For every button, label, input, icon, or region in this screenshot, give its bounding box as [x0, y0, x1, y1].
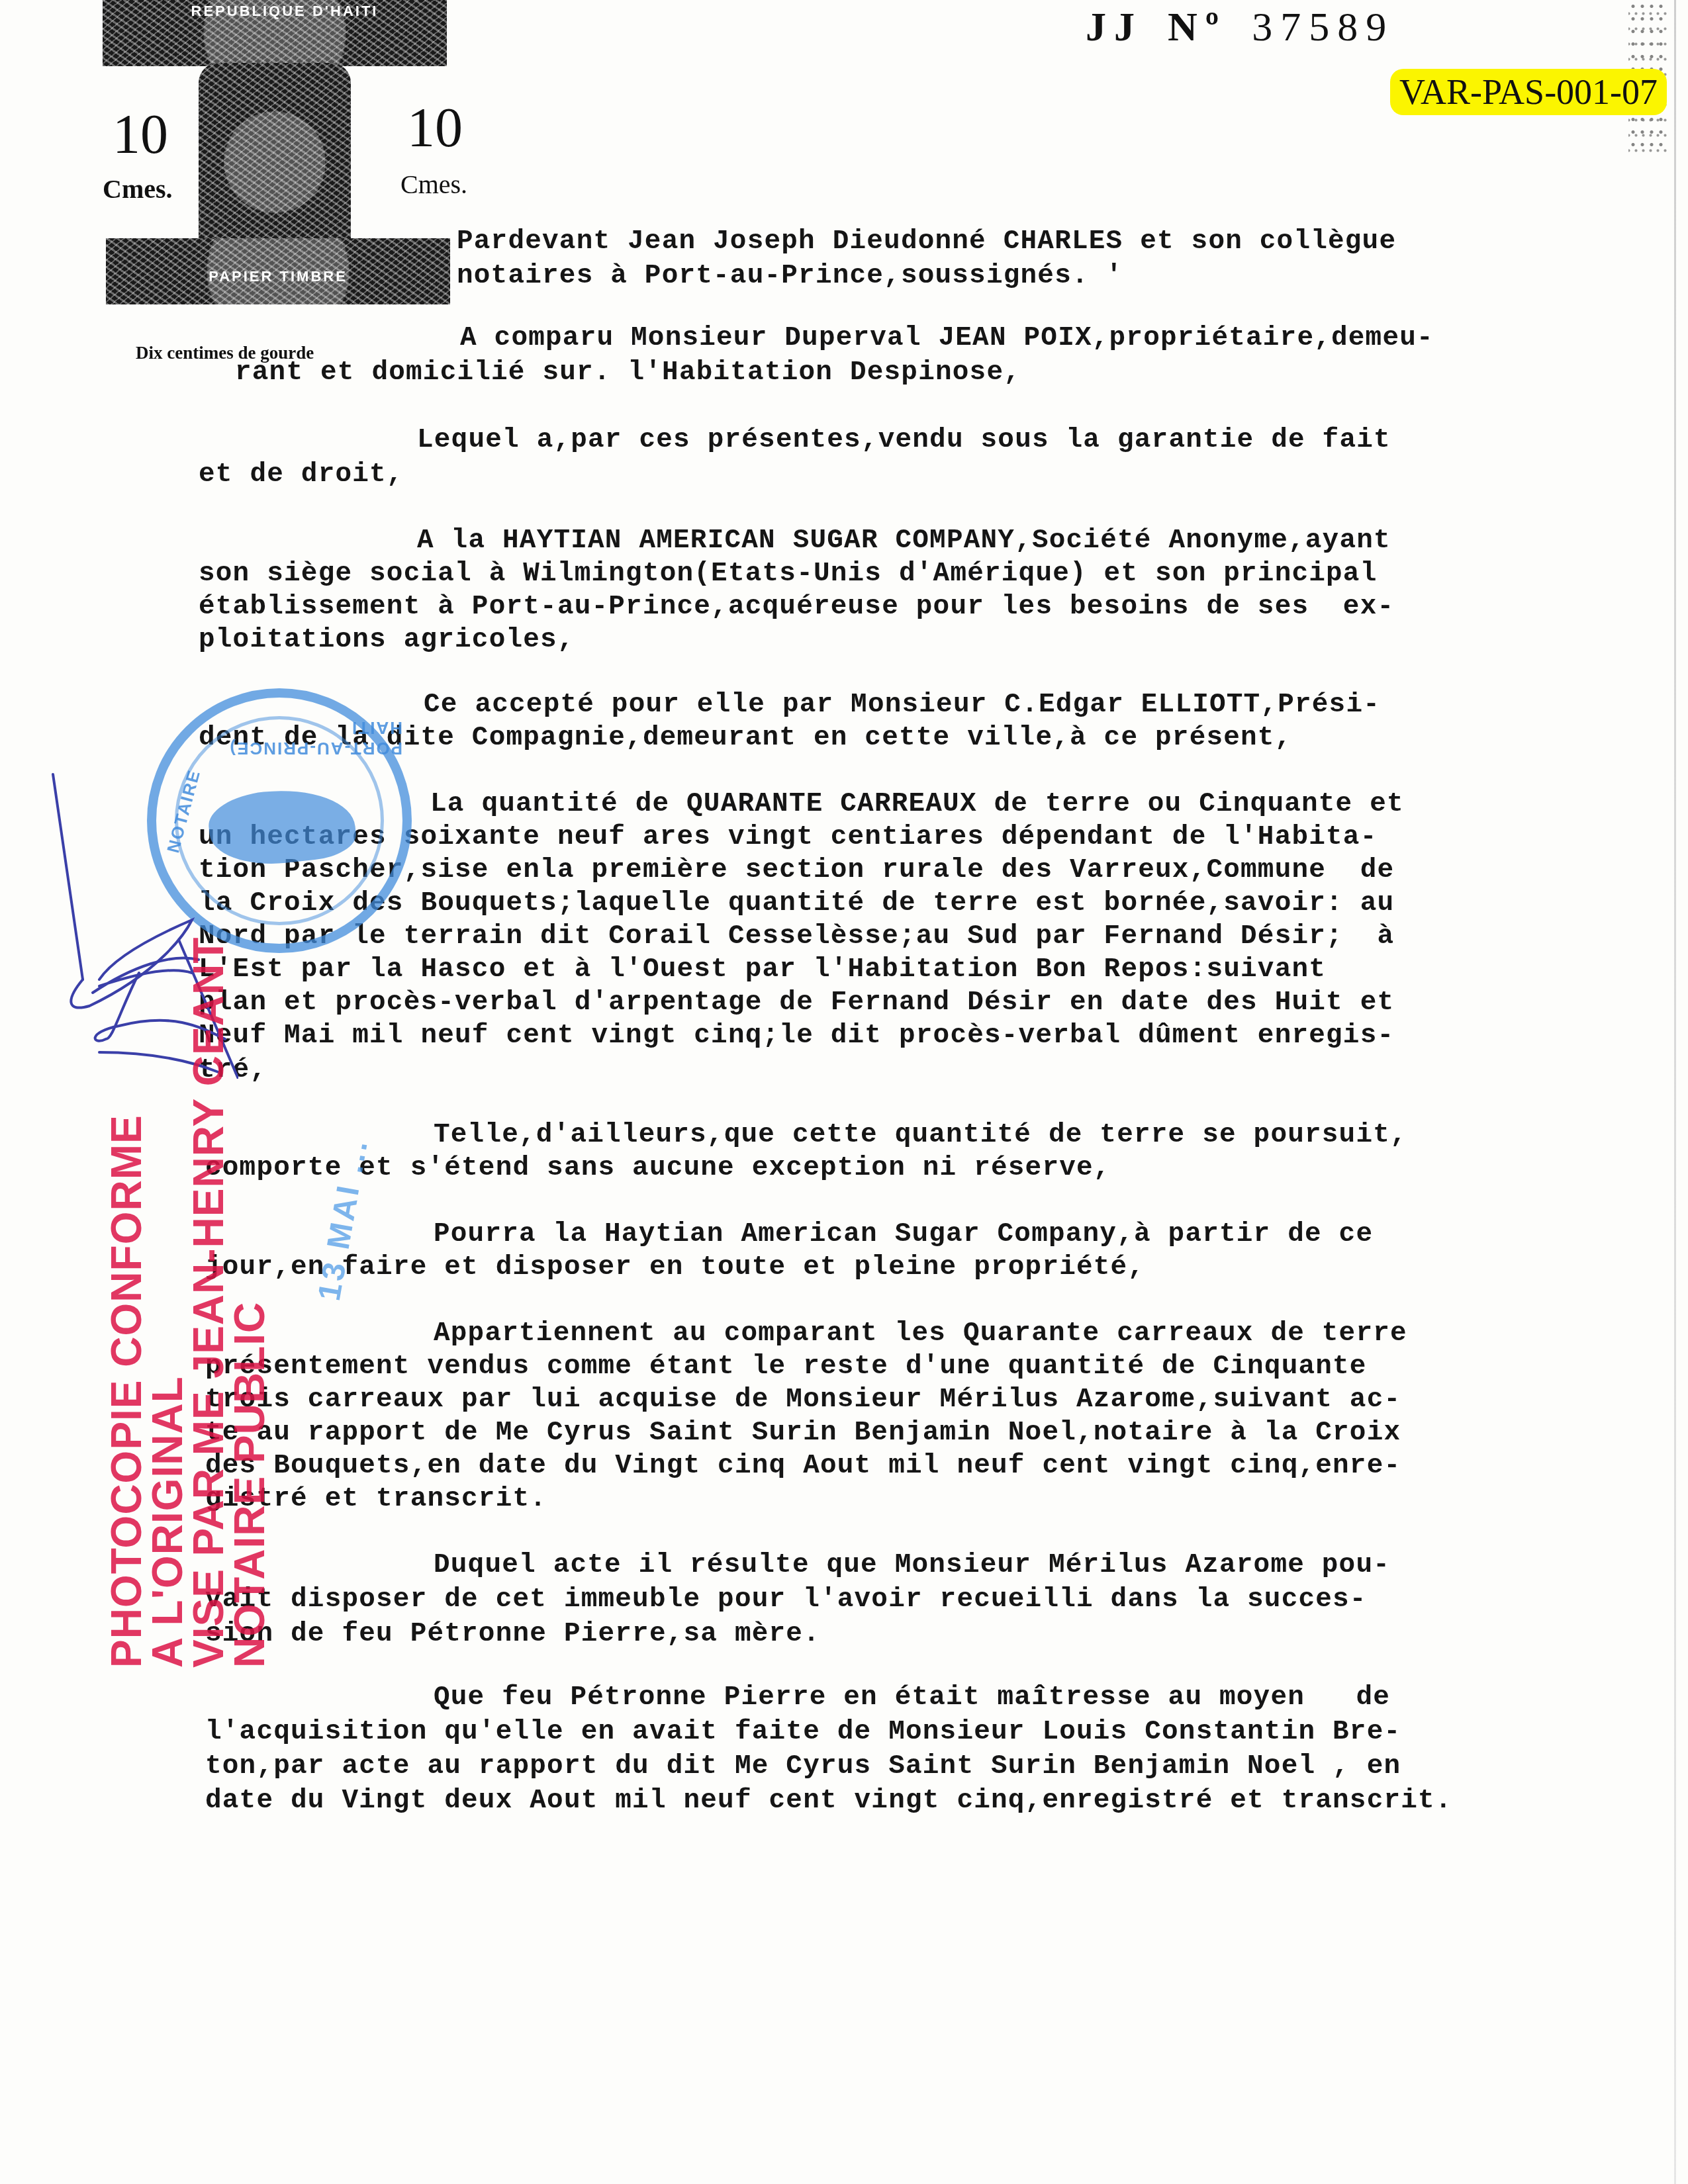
deed-text-line: La quantité de QUARANTE CARREAUX de terr…	[430, 788, 1404, 821]
deed-text-line: L'Est par la Hasco et à l'Ouest par l'Ha…	[199, 953, 1326, 986]
stamp-band-title: REPUBLIQUE D'HAITI	[139, 3, 430, 20]
deed-text-line: Neuf Mai mil neuf cent vingt cinq;le dit…	[199, 1019, 1394, 1052]
deed-text-line: te au rapport de Me Cyrus Saint Surin Be…	[205, 1416, 1401, 1449]
deed-text-line: date du Vingt deux Aout mil neuf cent vi…	[205, 1784, 1452, 1817]
certification-line: VISE PAR ME JEAN-HENRY CEANT	[188, 937, 229, 1668]
deed-text-line: Ce accepté pour elle par Monsieur C.Edga…	[424, 688, 1380, 721]
deed-text-line: Appartiennent au comparant les Quarante …	[434, 1317, 1407, 1350]
deed-text-line: Pourra la Haytian American Sugar Company…	[434, 1218, 1373, 1251]
certification-line: A L'ORIGINAL	[147, 937, 188, 1668]
deed-text-line: Lequel a,par ces présentes,vendu sous la…	[417, 424, 1391, 457]
certification-line: PHOTOCOPIE CONFORME	[106, 937, 147, 1668]
certification-line: NOTAIRE PUBLIC	[229, 937, 270, 1668]
stamp-column	[199, 63, 351, 261]
stamp-denomination-left: 10	[113, 103, 168, 167]
deed-text-line: A la HAYTIAN AMERICAN SUGAR COMPANY,Soci…	[417, 524, 1391, 557]
document-number-value: 37589	[1252, 5, 1394, 50]
reference-badge: VAR-PAS-001-07	[1390, 69, 1667, 115]
seal-ring-text: PORT-AU-PRINCE) HAITI	[216, 717, 402, 758]
stamp-band-footer: PAPIER TIMBRE	[152, 268, 404, 285]
deed-text-line: Nord par le terrain dit Corail Cesselèss…	[199, 920, 1394, 953]
deed-text-line: rant et domicilié sur. l'Habitation Desp…	[235, 356, 1021, 389]
deed-text-line: Telle,d'ailleurs,que cette quantité de t…	[434, 1118, 1407, 1152]
deed-text-line: Duquel acte il résulte que Monsieur Méri…	[434, 1549, 1390, 1582]
deed-text-line: Que feu Pétronne Pierre en était maîtres…	[434, 1681, 1390, 1714]
deed-text-line: ton,par acte au rapport du dit Me Cyrus …	[205, 1750, 1401, 1783]
page-edge	[1674, 0, 1676, 2184]
deed-text-line: ploitations agricoles,	[199, 623, 575, 657]
deed-text-line: trois carreaux par lui acquise de Monsie…	[205, 1383, 1401, 1416]
deed-text-line: notaires à Port-au-Prince,soussignés. '	[457, 259, 1123, 293]
deed-text-line: son siège social à Wilmington(Etats-Unis…	[199, 557, 1377, 590]
deed-text-line: et de droit,	[199, 458, 404, 491]
deed-text-line: l'acquisition qu'elle en avait faite de …	[205, 1715, 1401, 1749]
deed-text-line: des Bouquets,en date du Vingt cinq Aout …	[205, 1449, 1401, 1482]
deed-text-line: sion de feu Pétronne Pierre,sa mère.	[205, 1617, 820, 1651]
deed-text-line: vait disposer de cet immeuble pour l'avo…	[205, 1583, 1367, 1616]
stamp-unit-right: Cmes.	[400, 169, 467, 200]
deed-text-line: Pardevant Jean Joseph Dieudonné CHARLES …	[457, 225, 1396, 258]
number-label: Nº	[1168, 5, 1227, 50]
stamp-denomination-right: 10	[407, 96, 463, 160]
deed-text-line: présentement vendus comme étant le reste…	[205, 1350, 1367, 1383]
stamp-unit-left: Cmes.	[103, 173, 173, 205]
document-number: JJNº37589	[1086, 4, 1394, 51]
deed-text-line: A comparu Monsieur Duperval JEAN POIX,pr…	[460, 322, 1434, 355]
deed-text-line: plan et procès-verbal d'arpentage de Fer…	[199, 986, 1394, 1019]
certification-stamp: PHOTOCOPIE CONFORME A L'ORIGINAL VISE PA…	[106, 937, 270, 1668]
deed-text-line: établissement à Port-au-Prince,acquéreus…	[199, 590, 1394, 623]
document-series: JJ	[1086, 5, 1143, 50]
revenue-stamp: REPUBLIQUE D'HAITI PAPIER TIMBRE 10 10 C…	[40, 0, 450, 304]
